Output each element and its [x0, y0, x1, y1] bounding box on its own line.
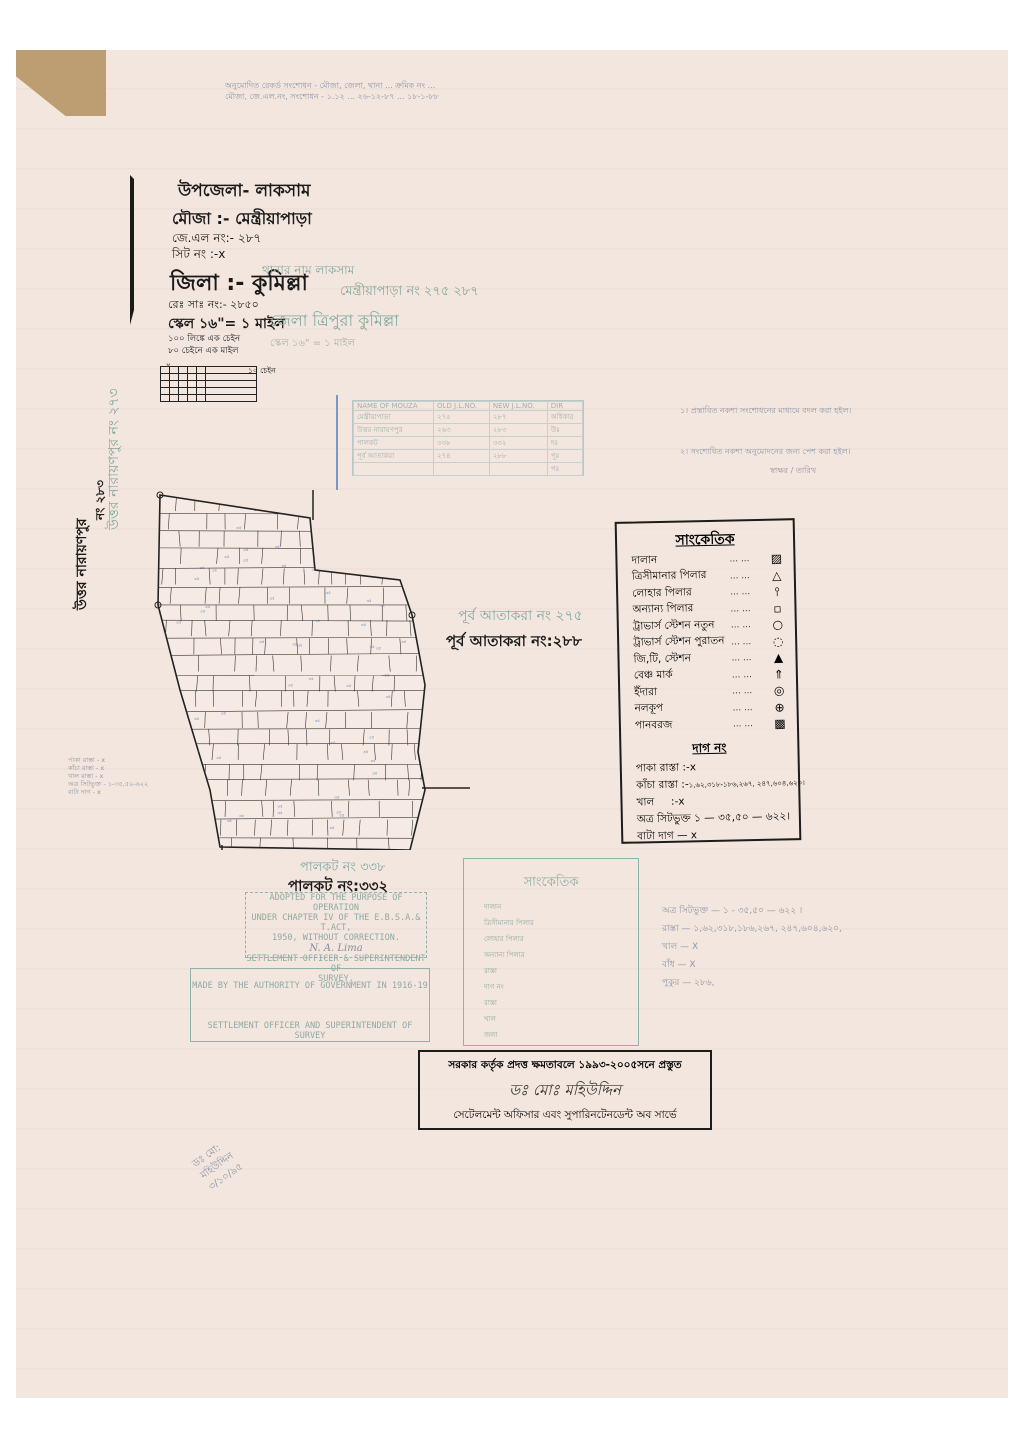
svg-text:৩৫: ৩৫ — [243, 557, 249, 562]
svg-text:৩৫: ৩৫ — [343, 550, 349, 555]
pencil-dag-notes: অত্র সিটভুক্ত — ১ - ৩৫,৫০ — ৬২২ । রাস্তা… — [662, 902, 842, 992]
betel-hatch-icon: ▩ — [771, 717, 789, 731]
sheet-no-label: সিট নং :-x — [172, 246, 225, 266]
iron-pillar-icon: ⫯ — [768, 584, 786, 599]
stamp-mouza: মেন্ত্রীয়াপাড়া নং ২৭৫ ২৮৭ — [340, 282, 479, 303]
svg-text:৩৫: ৩৫ — [369, 735, 375, 740]
svg-text:৩৫: ৩৫ — [380, 602, 386, 607]
svg-text:৩৫: ৩৫ — [318, 507, 324, 512]
north-neighbor-no: নং ২৮৩ — [92, 480, 112, 520]
svg-text:৩৫: ৩৫ — [199, 565, 205, 570]
svg-text:৩৫: ৩৫ — [339, 813, 345, 818]
svg-text:৩৫: ৩৫ — [239, 813, 245, 818]
svg-text:৩৫: ৩৫ — [221, 711, 227, 716]
svg-text:৩৫: ৩৫ — [330, 740, 336, 745]
svg-text:৩৫: ৩৫ — [212, 567, 218, 572]
svg-text:৩৫: ৩৫ — [315, 618, 321, 623]
mouza-label: মৌজা :- মেন্ত্রীয়াপাড়া — [172, 206, 312, 233]
square-icon: ▫ — [768, 601, 786, 615]
svg-text:৩৫: ৩৫ — [195, 763, 201, 768]
table-row: পালকট৩৩৮৩৩২দঃ — [354, 437, 583, 450]
double-circle-icon: ◎ — [770, 684, 788, 698]
svg-text:৩৫: ৩৫ — [259, 639, 265, 644]
svg-text:৩৫: ৩৫ — [176, 620, 182, 625]
svg-text:৩৫: ৩৫ — [277, 810, 283, 815]
certificate-line-1: সরকার কর্তৃক প্রদত্ত ক্ষমতাবলে ১৯৯৩-২০০৫… — [420, 1058, 710, 1075]
legend-box: সাংকেতিক দালান... ...▨ত্রিসীমানার পিলার.… — [615, 518, 802, 844]
svg-text:৩৫: ৩৫ — [363, 749, 369, 754]
cadastral-parcel-map: ৩৫৩৫৩৫৩৫৩৫৩৫৩৫৩৫৩৫৩৫৩৫৩৫৩৫৩৫৩৫৩৫৩৫৩৫৩৫৩৫… — [150, 490, 470, 850]
svg-text:৩৫: ৩৫ — [278, 803, 284, 808]
svg-text:৩৫: ৩৫ — [372, 771, 378, 776]
stamp-district: জেলা ত্রিপুরা কুমিল্লা — [270, 308, 399, 335]
svg-text:৩৫: ৩৫ — [326, 590, 332, 595]
left-pencil-notes: পাকা রাস্তা - x কাঁচা রাস্তা - x খাল রাস… — [68, 756, 148, 796]
svg-text:৩৫: ৩৫ — [413, 533, 419, 538]
certificate-line-3: সেটেলমেন্ট অফিসার এবং সুপারিনটেনডেন্ট অব… — [420, 1108, 710, 1125]
scale-note-2: ৮০ চেইনে এক মাইল — [168, 344, 238, 358]
top-pencil-notes: অনুমোদিত রেকর্ড সংশোধন - মৌজা, জেলা, থান… — [225, 80, 695, 102]
east-neighbor-stamp: পূর্ব আতাকরা নং ২৭৫ — [458, 604, 583, 628]
svg-text:৩৫: ৩৫ — [205, 604, 211, 609]
top-note-1: অনুমোদিত রেকর্ড সংশোধন - মৌজা, জেলা, থান… — [225, 80, 695, 91]
svg-text:৩৫: ৩৫ — [315, 718, 321, 723]
svg-text:৩৫: ৩৫ — [270, 595, 276, 600]
svg-text:৩৫: ৩৫ — [370, 758, 376, 763]
crossed-circle-icon: ⊕ — [770, 700, 788, 714]
svg-text:৩৫: ৩৫ — [384, 673, 390, 678]
stamp-scale: স্কেল ১৬" = ১ মাইল — [270, 336, 355, 353]
svg-text:৩৫: ৩৫ — [346, 683, 352, 688]
svg-text:৩৫: ৩৫ — [236, 525, 242, 530]
table-header: NAME OF MOUZA — [354, 402, 434, 411]
svg-text:৩৫: ৩৫ — [297, 642, 303, 647]
certificate-box: সরকার কর্তৃক প্রদত্ত ক্ষমতাবলে ১৯৯৩-২০০৫… — [418, 1050, 712, 1130]
svg-text:৩৫: ৩৫ — [224, 554, 230, 559]
stamp-legend-box: সাংকেতিক দালানত্রিসীমানার পিলারলোহার পিল… — [463, 858, 639, 1046]
dotted-circle-icon: ◌ — [769, 634, 787, 648]
svg-text:৩৫: ৩৫ — [366, 598, 372, 603]
svg-text:৩৫: ৩৫ — [281, 563, 287, 568]
table-row: উত্তর নারায়ণপুর২৬৩২৮৩উঃ — [354, 424, 583, 437]
top-note-2: মৌজা, জে.এল.নং, সংশোধন - ১.১২ ... ২৬-১২-… — [225, 91, 695, 102]
circle-icon: ○ — [769, 618, 787, 632]
table-header: OLD J.L.NO. — [434, 402, 490, 411]
svg-text:৩৫: ৩৫ — [200, 609, 206, 614]
svg-text:৩৫: ৩৫ — [200, 785, 206, 790]
svg-text:৩৫: ৩৫ — [194, 716, 200, 721]
scale-bar-label: ১০ চেইন — [248, 366, 276, 378]
benchmark-icon: ⇑ — [770, 667, 788, 681]
svg-text:৩৫: ৩৫ — [361, 622, 367, 627]
svg-text:৩৫: ৩৫ — [194, 576, 200, 581]
boundary-table: NAME OF MOUZAOLD J.L.NO.NEW J.L.NO.DIR ম… — [352, 400, 584, 476]
svg-text:৩৫: ৩৫ — [370, 644, 376, 649]
svg-text:৩৫: ৩৫ — [243, 547, 249, 552]
svg-text:৩৫: ৩৫ — [353, 559, 359, 564]
svg-text:৩৫: ৩৫ — [337, 507, 343, 512]
stamp-thana: থানার নাম লাকসাম — [262, 262, 354, 282]
legend-item: পানবরজ... ...▩ — [621, 715, 797, 735]
authority-stamp: MADE BY THE AUTHORITY OF GOVERNMENT IN 1… — [190, 968, 430, 1042]
svg-text:৩৫: ৩৫ — [292, 641, 298, 646]
svg-text:৩৫: ৩৫ — [216, 755, 222, 760]
svg-text:৩৫: ৩৫ — [329, 825, 335, 830]
svg-text:৩৫: ৩৫ — [334, 794, 340, 799]
svg-text:৩৫: ৩৫ — [288, 683, 294, 688]
adoption-stamp: ADOPTED FOR THE PURPOSE OF OPERATION UND… — [245, 892, 427, 958]
table-row: পঃ — [354, 463, 583, 476]
certificate-signature: ডঃ মোঃ মহিউদ্দিন — [420, 1079, 710, 1104]
table-row: মেন্ত্রীয়াপাড়া২৭৫২৮৭অধিকার — [354, 411, 583, 424]
svg-text:৩৫: ৩৫ — [401, 639, 407, 644]
building-hatch-icon: ▨ — [767, 552, 785, 566]
right-pencil-notes: ১। প্রস্তাবিত নকশা সংশোধনের মাধ্যমে বদল … — [680, 405, 950, 476]
table-row: পূর্ব আতাকরা২৭৪২৮৮পূঃ — [354, 450, 583, 463]
diagonal-scale-bar — [160, 366, 257, 402]
table-header: NEW J.L.NO. — [489, 402, 547, 411]
north-neighbor-ink: উত্তর নারায়ণপুর — [70, 518, 94, 610]
svg-text:৩৫: ৩৫ — [376, 529, 382, 534]
svg-text:৩৫: ৩৫ — [227, 818, 233, 823]
table-header: DIR — [547, 402, 582, 411]
north-arrow-line — [336, 395, 338, 490]
upazila-label: উপজেলা- লাকসাম — [178, 178, 310, 206]
svg-text:৩৫: ৩৫ — [370, 550, 376, 555]
svg-text:৩৫: ৩৫ — [339, 537, 345, 542]
triangle-icon: △ — [768, 568, 786, 582]
svg-text:৩৫: ৩৫ — [312, 566, 318, 571]
filled-triangle-icon: ▲ — [769, 651, 787, 665]
legend-title: সাংকেতিক — [617, 526, 793, 554]
east-neighbor-ink: পূর্ব আতাকরা নং:২৮৮ — [446, 630, 582, 655]
svg-text:৩৫: ৩৫ — [386, 694, 392, 699]
svg-text:৩৫: ৩৫ — [376, 645, 382, 650]
svg-text:৩৫: ৩৫ — [309, 676, 315, 681]
svg-text:৩৫: ৩৫ — [275, 544, 281, 549]
